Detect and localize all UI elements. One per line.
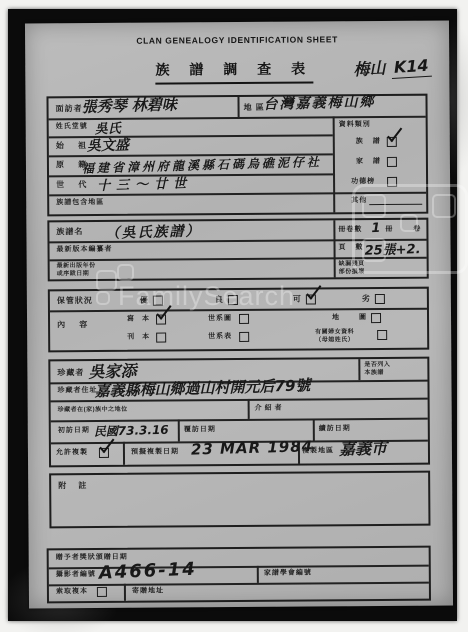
condition-excellent-label: 優 — [140, 296, 149, 306]
chinese-title: 族 譜 調 查 表 — [155, 58, 313, 84]
pubdate-label-line1: 最新出版年份 — [57, 263, 96, 271]
genealogy-title-label: 族譜名 — [56, 227, 83, 237]
pedigree-chart-label: 世系圖 — [208, 315, 232, 324]
women-records-note: （母媳姓氏） — [315, 337, 354, 344]
printed-label: 刊 本 — [127, 334, 152, 343]
ancestor-value: 吳文盛 — [87, 134, 130, 155]
women-records-label: 有關婦女資料 — [315, 329, 354, 336]
volume-section: 族譜名 （吳氏族譜） 冊卷數 1 冊 卷 最新版本編纂者 頁 數 25張+2. … — [47, 218, 428, 282]
checkbox-request-copy — [97, 587, 107, 597]
copy-date-value: 23 MAR 1984 — [191, 437, 314, 458]
category-option-family-label: 家 譜 — [356, 158, 384, 167]
checkbox-good — [228, 295, 238, 305]
category-other-label: 其他 — [351, 197, 367, 206]
divider — [50, 308, 427, 312]
damage-label-line1: 缺漏殘頁 — [339, 261, 365, 269]
checkbox-pedigree-table — [239, 332, 249, 342]
pubdate-label-line2: 或序跋日期 — [57, 270, 96, 278]
volumes-value: 1 — [371, 221, 380, 236]
society-number-label: 家譜學會編號 — [264, 569, 312, 578]
divider — [51, 418, 428, 422]
photographer-number-label: 攝影者編號 — [56, 571, 96, 580]
identity-section: 面訪者 張秀琴 林碧味 地 區 台灣嘉義梅山鄉 姓氏堂號 吳氏 始 祖 吳文盛 … — [46, 94, 428, 217]
handwritten-film-code: 梅山 K14 — [353, 53, 432, 81]
holder-position-label: 珍藏者在(家)族中之地位 — [58, 407, 128, 415]
pages-value: 25張+2. — [364, 238, 420, 259]
listed-in-genealogy-label: 是否列入 本族譜 — [364, 362, 390, 377]
first-visit-label: 初訪日期 — [58, 427, 90, 436]
condition-section: 保管狀況 優 良 可 劣 內 容 寫 本 世系圖 地 圖 刊 本 — [48, 287, 429, 353]
divider — [358, 359, 360, 380]
volumes-label: 冊卷數 — [338, 226, 362, 235]
manuscript-label: 寫 本 — [127, 316, 152, 325]
listed-label-line2: 本族譜 — [364, 369, 390, 377]
checkbox-poor — [375, 294, 385, 304]
notes-section: 附 註 — [49, 471, 430, 529]
divider — [333, 116, 335, 212]
scanned-microfilm-image: CLAN GENEALOGY IDENTIFICATION SHEET 族 譜 … — [0, 0, 468, 632]
pedigree-table-label: 世系表 — [208, 333, 232, 342]
scroll-unit-label: 卷 — [413, 226, 421, 234]
first-visit-value: 民國73.3.16 — [94, 421, 169, 440]
area-value: 台灣嘉義梅山鄉 — [263, 91, 376, 114]
checkbox-women-records — [377, 330, 387, 340]
check-mark-copy-permission — [98, 438, 118, 456]
map-label: 地 圖 — [332, 314, 375, 323]
compiler-label: 最新版本編纂者 — [57, 246, 113, 255]
revisit-label: 覆訪日期 — [184, 426, 216, 435]
interviewer-label: 面訪者 — [56, 104, 83, 114]
photographer-number-value: A466-14 — [98, 559, 197, 584]
check-mark-fair — [305, 284, 325, 302]
divider — [333, 220, 335, 277]
other-blank-line — [369, 204, 422, 206]
divider — [123, 442, 125, 465]
category-option-merit-label: 功德榜 — [351, 178, 375, 187]
divider — [124, 584, 126, 601]
condition-fair-label: 可 — [293, 295, 302, 305]
divider — [248, 399, 250, 419]
copy-permission-label: 允許複製 — [56, 449, 88, 458]
film-code-prefix: 梅山 — [353, 58, 386, 79]
copy-area-value: 嘉義市 — [339, 435, 388, 459]
area-label: 地 區 — [244, 103, 265, 113]
check-mark-manuscript — [155, 304, 175, 322]
interviewer-value: 張秀琴 林碧味 — [81, 93, 177, 117]
pubdate-label: 最新出版年份 或序跋日期 — [57, 263, 96, 278]
pages-label: 頁 數 — [339, 244, 367, 253]
volume-unit-label: 冊 — [385, 226, 393, 234]
document-page: CLAN GENEALOGY IDENTIFICATION SHEET 族 譜 … — [25, 21, 453, 609]
checkbox-printed — [156, 333, 166, 343]
notes-label: 附 註 — [58, 481, 91, 491]
generations-value: 十三～廿世 — [97, 172, 193, 194]
followup-visit-label: 續訪日期 — [319, 425, 351, 434]
generations-label: 世 代 — [56, 180, 92, 190]
checkbox-family — [387, 157, 397, 167]
condition-poor-label: 劣 — [362, 294, 371, 304]
condition-label: 保管狀況 — [57, 296, 93, 306]
content-label: 內 容 — [57, 320, 93, 330]
holder-address-label: 珍藏者住址 — [58, 387, 98, 396]
checkbox-map — [371, 313, 381, 323]
damage-label-line2: 部份損壞 — [339, 269, 365, 277]
registration-section: 贈予者獎狀頒贈日期 攝影者編號 A466-14 家譜學會編號 索取複本 寄贈地址 — [47, 546, 431, 604]
condition-good-label: 良 — [215, 295, 224, 305]
category-label: 資料類別 — [339, 121, 371, 130]
category-option-genealogy-label: 族 譜 — [356, 138, 384, 147]
divider — [313, 418, 315, 440]
mailing-address-label: 寄贈地址 — [132, 588, 164, 597]
damage-label: 缺漏殘頁 部份損壞 — [339, 261, 365, 276]
coverage-label: 族譜包含地區 — [56, 199, 104, 208]
check-mark-genealogy — [386, 127, 406, 145]
divider — [257, 566, 259, 583]
copy-area-label: 複製地區 — [302, 447, 334, 456]
holder-section: 珍藏者 吳家添 是否列入 本族譜 珍藏者住址 嘉義縣梅山鄉過山村開元后79號 珍… — [48, 357, 430, 468]
divider — [178, 419, 180, 441]
copy-date-label: 預擬複製日期 — [131, 448, 179, 457]
english-title: CLAN GENEALOGY IDENTIFICATION SHEET — [25, 34, 449, 47]
listed-label-line1: 是否列入 — [364, 362, 390, 370]
introducer-label: 介紹者 — [255, 405, 285, 414]
checkbox-pedigree-chart — [239, 314, 249, 324]
surname-label: 姓氏堂號 — [56, 123, 88, 132]
request-copy-label: 索取複本 — [56, 588, 88, 597]
checkbox-merit — [387, 177, 397, 187]
film-code-number: K14 — [390, 56, 432, 79]
holder-label: 珍藏者 — [57, 368, 84, 378]
genealogy-title-value: （吳氏族譜） — [105, 220, 202, 243]
divider — [237, 97, 239, 117]
